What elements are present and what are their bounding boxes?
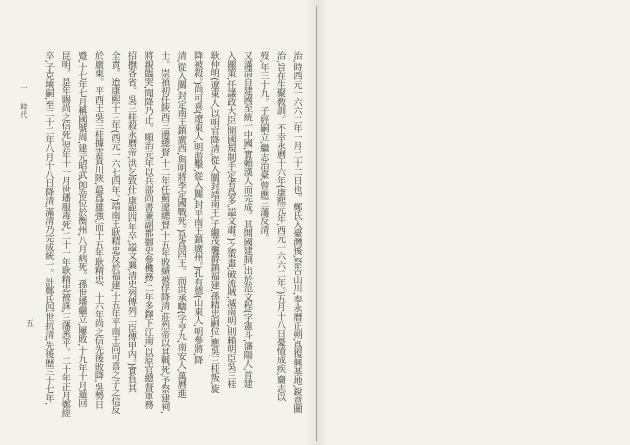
text-column: 卒,子克塽嗣,至二十二年八月十八日降清,滿清乃完成統一。計鄭氏四世抗清,先後歷三… (40, 51, 56, 441)
text-column: 士。崇禎初任陝西三邊總督,十二年任薊遼總督,十五年敗績被俘降清,莊烈帝以其戰死,… (155, 51, 172, 441)
page-right: 傅青主先生大傳 六 三世奉永曆正朔,治臺二十三年。傅青主先生亦於康熙二十三年六月… (317, 0, 630, 445)
text-column: 全責。迨康熙十三年(西元一六七四年。)靖南王耿精忠反於福建,十五年平南王尚可喜之… (105, 51, 122, 441)
chapter-number: 一 (20, 84, 29, 92)
chapter-margin-tab: 一時代 (19, 84, 29, 120)
left-page-text-block: 治,時西元一六六二年一月二十二日也。鄭氏入臺灣後,祭告山川,奉永曆正朔,爲復興基… (40, 51, 304, 441)
text-column: 將親臨哭,聞降乃止。順治元年以兵部尚書兼副都御史參機務,二年多鐸下江南,以原官總… (139, 51, 156, 441)
text-column: 昆明。是年賜尚之信死,翌年十一月世璠服毒死,二十一年耿精忠被誅,三藩悉平。二十年… (56, 51, 73, 441)
text-column: 歿,年三十九。子經嗣立,繼志治臺,曾應三藩反清。 (254, 51, 271, 441)
text-column: 治,旨在生聚敎訓。不幸永曆十六年(康熙元年,西元一六六二年。)五月十八日憂憤成疾… (271, 51, 288, 441)
text-column: 治,時西元一六六二年一月二十二日也。鄭氏入臺灣後,祭告山川,奉永曆正朔,爲復興基… (287, 51, 304, 441)
text-column: 招撫各省。吳三桂殺永曆帝,洪乞致仕,康熙四年卒,謚文襄,清史列傳列二臣傳甲內。)… (122, 51, 139, 441)
page-number-left: 五 (26, 318, 34, 329)
text-column: 入關策,任議政大臣,開國規制手定者爲多,謚文肅。)之策畫;破流賊,滅南明,則賴明… (221, 51, 238, 441)
text-column: 於廣東。平西王吳三桂據雲貴川陝,最爲雄強,而十五年耿精忠、十六年尚之信先後敗降,… (89, 51, 106, 441)
text-column: 又滿清自建國至統一中國,實賴漢人而完成。其開國建制,出於范文程(字憲斗,瀋陽人,… (238, 51, 255, 441)
text-column: 耿仲明(遼東人,以明官降清,從入關封靖南王,子繼茂襲爵鎮福建,孫精忠嗣位,應吳三… (205, 51, 222, 441)
book-scan: 一時代 五 治,時西元一六六二年一月二十二日也。鄭氏入臺灣後,祭告山川,奉永曆正… (0, 0, 630, 445)
page-left: 一時代 五 治,時西元一六六二年一月二十二日也。鄭氏入臺灣後,祭告山川,奉永曆正… (0, 0, 316, 445)
text-column: 清,從入關,封定南王鎮廣西,與明將李定國戰死。)是爲四王。而洪承疇(字亨九,南安… (172, 51, 189, 441)
text-column: 蹙,十七年七月稱國號周,建元昭武,卽帝位於衡州,八月病死。孫世璠繼立,屢敗,十九… (72, 51, 89, 441)
text-column: 降被殺。)尚可喜(遼東人,明游擊,從入關,封平南王鎮廣州。)孔有德(山東人,明參… (188, 51, 205, 441)
chapter-title: 時代 (19, 103, 29, 119)
